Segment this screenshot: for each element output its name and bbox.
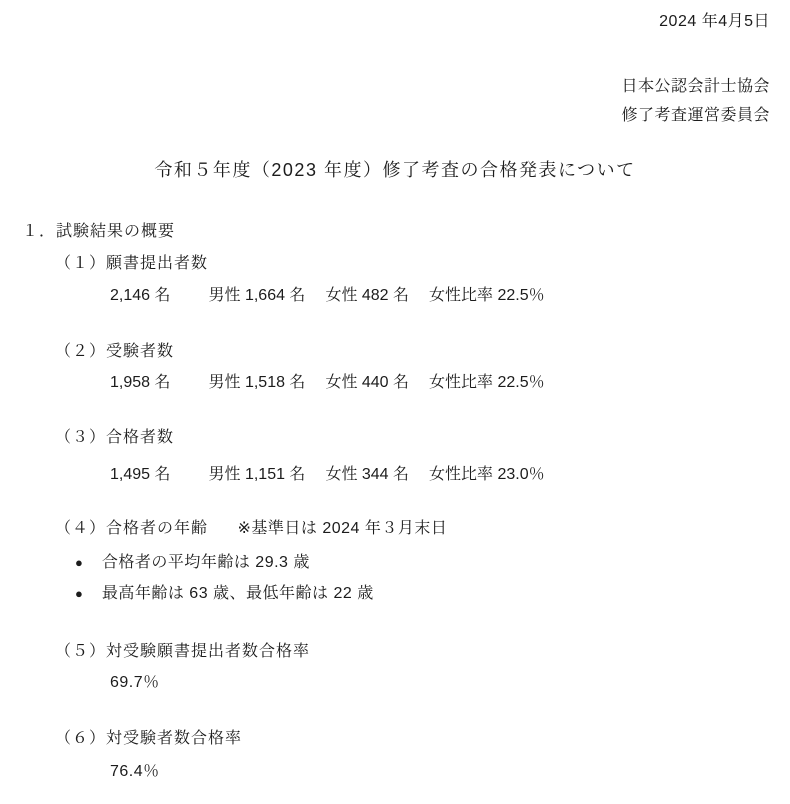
item-3-male: 男性 1,151 名	[209, 465, 306, 485]
item-2-male: 男性 1,518 名	[209, 373, 306, 393]
item-3-female: 女性 344 名	[325, 465, 409, 485]
section-heading: １．試験結果の概要	[22, 222, 175, 242]
item-4-reference-date-note: ※基準日は 2024 年３月末日	[237, 520, 447, 537]
item-1-female-ratio: 女性比率 22.5％	[429, 286, 545, 306]
item-2-female: 女性 440 名	[325, 373, 409, 393]
document-title: 令和５年度（2023 年度）修了考査の合格発表について	[0, 159, 790, 182]
item-4-label-row: （４）合格者の年齢 ※基準日は 2024 年３月末日	[55, 519, 447, 539]
bullet-icon: ●	[75, 584, 83, 604]
organization-block: 日本公認会計士協会 修了考査運営委員会	[621, 72, 770, 130]
item-4-bullet-2: ● 最高年齢は 63 歳、最低年齢は 22 歳	[75, 584, 374, 604]
item-4-bullet-1: ● 合格者の平均年齢は 29.3 歳	[75, 553, 310, 573]
organization-name: 日本公認会計士協会	[621, 72, 770, 101]
item-4-label: （４）合格者の年齢	[55, 520, 208, 537]
item-2-total: 1,958 名	[110, 373, 171, 393]
item-2-label: （２）受験者数	[55, 342, 174, 362]
item-5-label: （５）対受験願書提出者数合格率	[55, 642, 310, 662]
item-3-female-ratio: 女性比率 23.0％	[429, 465, 545, 485]
item-3-total: 1,495 名	[110, 465, 171, 485]
average-age-text: 合格者の平均年齢は 29.3 歳	[102, 553, 310, 573]
item-2-stats: 1,958 名 男性 1,518 名 女性 440 名 女性比率 22.5％	[110, 373, 545, 393]
item-1-female: 女性 482 名	[325, 286, 409, 306]
document-date: 2024 年4月5日	[659, 12, 770, 32]
item-6-pass-rate: 76.4％	[110, 762, 160, 782]
bullet-icon: ●	[75, 553, 83, 573]
item-6-label: （６）対受験者数合格率	[55, 729, 242, 749]
item-3-stats: 1,495 名 男性 1,151 名 女性 344 名 女性比率 23.0％	[110, 465, 545, 485]
committee-name: 修了考査運営委員会	[621, 101, 770, 130]
item-1-total: 2,146 名	[110, 286, 171, 306]
item-5-pass-rate: 69.7％	[110, 673, 160, 693]
item-1-stats: 2,146 名 男性 1,664 名 女性 482 名 女性比率 22.5％	[110, 286, 545, 306]
max-min-age-text: 最高年齢は 63 歳、最低年齢は 22 歳	[102, 584, 374, 604]
item-1-label: （１）願書提出者数	[55, 254, 208, 274]
item-1-male: 男性 1,664 名	[209, 286, 306, 306]
document-page: 2024 年4月5日 日本公認会計士協会 修了考査運営委員会 令和５年度（202…	[0, 0, 790, 804]
item-2-female-ratio: 女性比率 22.5％	[429, 373, 545, 393]
item-3-label: （３）合格者数	[55, 428, 174, 448]
